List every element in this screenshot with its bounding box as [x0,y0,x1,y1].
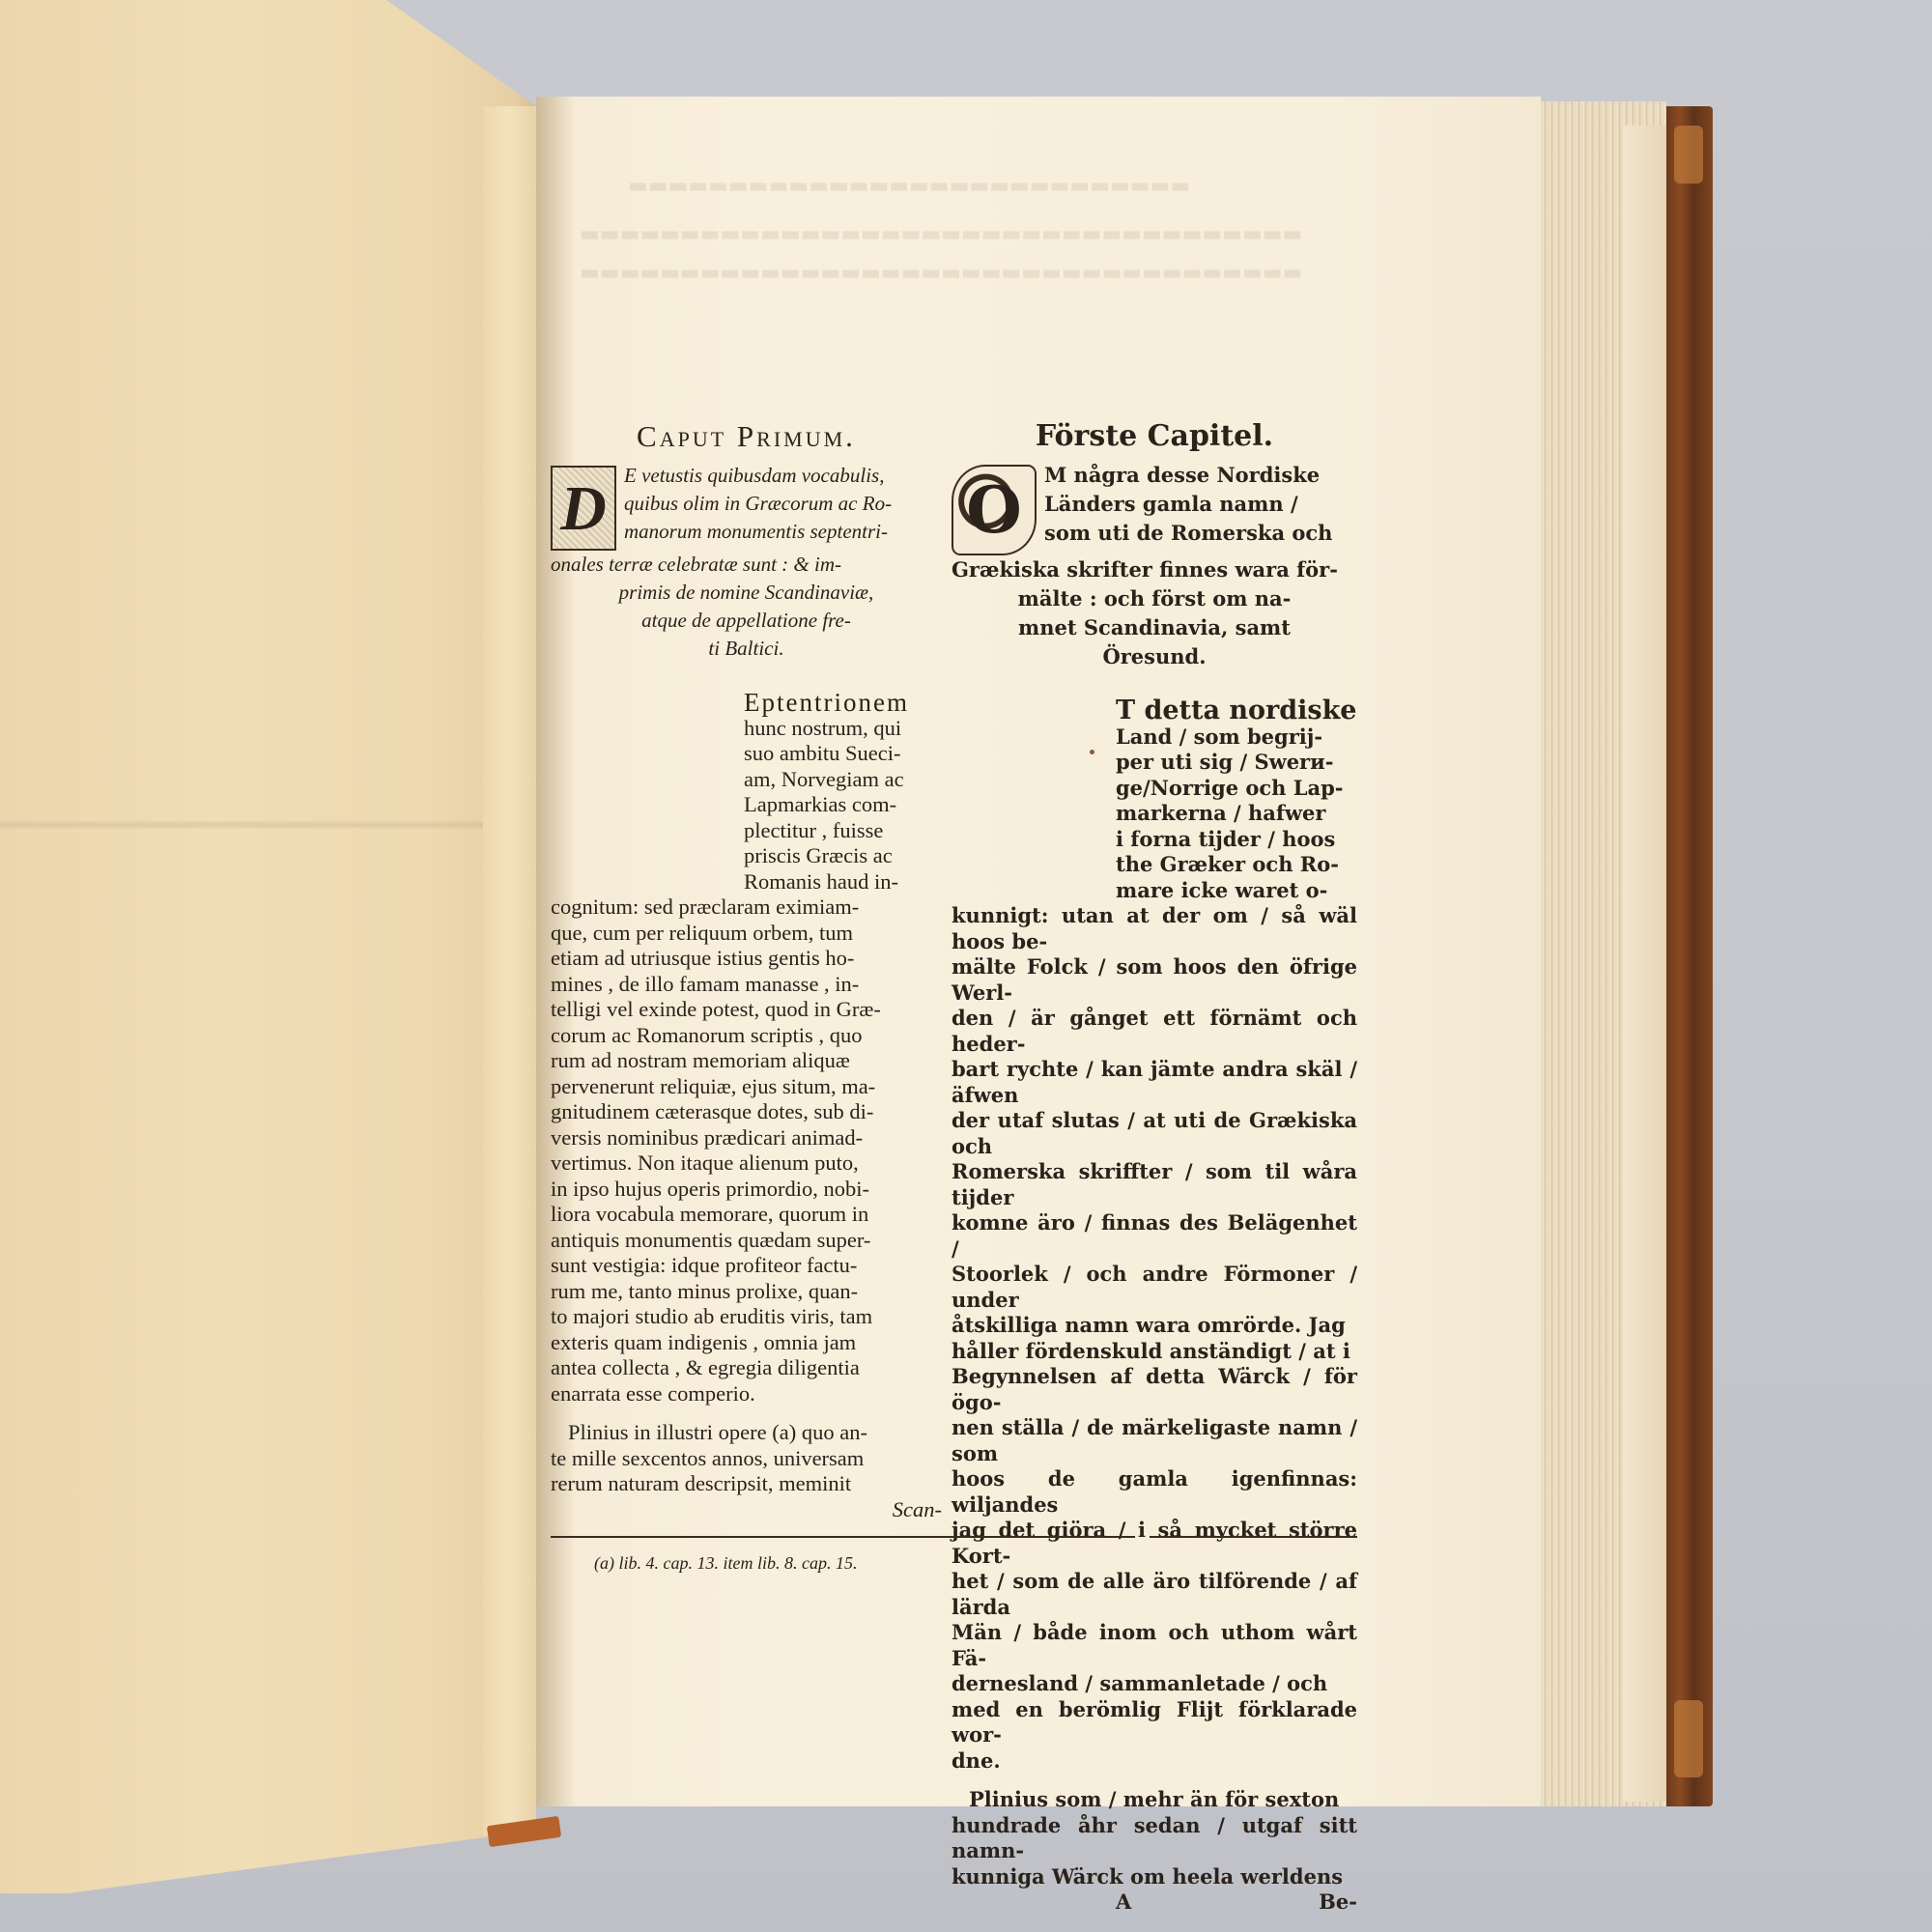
text-line: Begynnelsen af detta Wärck / för ögo- [952,1364,1357,1415]
text-line: antiquis monumentis quædam super- [551,1228,942,1254]
text-line: exteris quam indigenis , omnia jam [551,1330,942,1356]
latin-column: Caput Primum. D E vetustis quibusdam voc… [551,406,942,1522]
text-line: jag det giöra / i så mycket större Kort- [952,1518,1357,1569]
text-line: komne äro / finnas des Belägenhet / [952,1210,1357,1262]
text-line: hoos de gamla igenfinnas: wiljandes [952,1466,1357,1518]
latin-catchword: Scan- [551,1497,942,1523]
text-line: åtskilliga namn wara omrörde. Jag [952,1313,1357,1339]
leather-cover-edge [1666,106,1713,1806]
text-line: dne. [952,1748,1357,1775]
summary-line: Öresund. [952,642,1357,671]
text-line: der utaf slutas / at uti de Grækiska och [952,1108,1357,1159]
text-line: sunt vestigia: idque profiteor factu- [551,1253,942,1279]
swedish-catchword: Be- [1319,1889,1357,1916]
summary-line: Grækiska skrifter finnes wara för- [952,555,1357,584]
text-line: in ipso hujus operis primordio, nobi- [551,1177,942,1203]
text-line: Män / både inom och uthom wårt Fä- [952,1620,1357,1671]
text-line: Plinius in illustri opere (a) quo an- [551,1420,942,1446]
summary-line: primis de nomine Scandinaviæ, [551,579,942,607]
text-line: mälte Folck / som hoos den öfrige Werl- [952,954,1357,1006]
text-line: den / är gånget ett förnämt och heder- [952,1006,1357,1057]
show-through-text: ▬▬▬▬▬▬▬▬▬▬▬▬▬▬▬▬▬▬▬▬▬▬▬▬▬▬▬▬▬▬▬▬▬▬▬▬ [580,222,1302,246]
text-line: etiam ad utriusque istius gentis ho- [551,946,942,972]
footnote-rule-left [551,1536,1135,1538]
summary-line: onales terræ celebratæ sunt : & im- [551,551,942,579]
text-line: enarrata esse comperio. [551,1381,942,1407]
photo-scene: ▬▬▬▬▬▬▬▬▬▬▬▬▬▬▬▬▬▬▬▬▬▬▬▬▬▬▬▬ ▬▬▬▬▬▬▬▬▬▬▬… [0,0,1932,1932]
summary-line: ti Baltici. [551,635,942,663]
signature-mark: A [1116,1889,1131,1916]
latin-chapter-summary: D E vetustis quibusdam vocabulis, quibus… [551,462,942,663]
text-line: cognitum: sed præclaram eximiam- [551,895,942,921]
page-block-lip [1623,126,1666,1802]
latin-paragraph-2: Plinius in illustri opere (a) quo an- te… [551,1420,942,1522]
swedish-column: Förste Capitel. O M några desse Nordiske… [952,406,1357,1916]
page-crease [0,821,536,829]
show-through-text: ▬▬▬▬▬▬▬▬▬▬▬▬▬▬▬▬▬▬▬▬▬▬▬▬▬▬▬▬ [628,174,1190,198]
swedish-chapter-title: Förste Capitel. [952,419,1357,453]
latin-paragraph-1: Eptentrionem hunc nostrum, qui suo ambit… [551,690,942,1406]
text-line: bart rychte / kan jämte andra skäl / äfw… [952,1057,1357,1108]
text-line: liora vocabula memorare, quorum in [551,1202,942,1228]
text-line: vertimus. Non itaque alienum puto, [551,1151,942,1177]
summary-line: mnet Scandinavia, samt [952,613,1357,642]
text-line: mines , de illo famam manasse , in- [551,972,942,998]
text-line: te mille sexcentos annos, universam [551,1446,942,1472]
cover-wear [1674,126,1703,184]
latin-chapter-title: Caput Primum. [551,419,942,454]
blank-initial-space [551,690,744,893]
text-line: versis nominibus prædicari animad- [551,1125,942,1151]
summary-line: mälte : och först om na- [952,584,1357,613]
text-line: telligi vel exinde potest, quod in Græ- [551,997,942,1023]
text-line: nen ställa / de märkeligaste namn / som [952,1415,1357,1466]
swedish-paragraph-1: T detta nordiske Land / som begrij- per … [952,698,1357,1774]
text-line: Plinius som / mehr än för sexton [952,1787,1357,1813]
signature-row: A Be- [952,1889,1357,1916]
swedish-chapter-summary: O M några desse Nordiske Länders gamla n… [952,461,1357,671]
summary-line: atque de appellatione fre- [551,607,942,635]
text-line: hundrade åhr sedan / utgaf sitt namn- [952,1813,1357,1864]
text-line: med en berömlig Flijt förklarade wor- [952,1697,1357,1748]
footnote-rule-right [1150,1536,1357,1538]
left-page-edge [483,106,536,1835]
text-line: que, cum per reliquum orbem, tum [551,921,942,947]
text-line: antea collecta , & egregia diligentia [551,1355,942,1381]
ornamental-dropcap-o: O [952,465,1037,555]
text-line: kunnigt: utan at der om / så wäl hoos be… [952,903,1357,954]
left-page-folded [0,0,536,1893]
text-line: kunniga Wärck om heela werldens [952,1864,1357,1890]
text-line: rum me, tanto minus prolixe, quan- [551,1279,942,1305]
text-line: pervenerunt reliquiæ, ejus situm, ma- [551,1074,942,1100]
text-line: håller fördenskuld anständigt / at i [952,1339,1357,1365]
text-line: rum ad nostram memoriam aliquæ [551,1048,942,1074]
text-line: to majori studio ab eruditis viris, tam [551,1304,942,1330]
text-line: Stoorlek / och andre Förmoner / under [952,1262,1357,1313]
cover-wear [1674,1700,1703,1777]
swedish-paragraph-2: Plinius som / mehr än för sexton hundrad… [952,1787,1357,1916]
latin-footnote: (a) lib. 4. cap. 13. item lib. 8. cap. 1… [594,1553,857,1574]
text-line: corum ac Romanorum scriptis , quo [551,1023,942,1049]
text-line: gnitudinem cæterasque dotes, sub di- [551,1099,942,1125]
text-line: het / som de alle äro tilförende / af lä… [952,1569,1357,1620]
text-line: dernesland / sammanletade / och [952,1671,1357,1697]
blank-initial-space [952,698,1116,901]
text-line: rerum naturam descripsit, meminit [551,1471,942,1497]
ornamental-dropcap-d: D [551,466,616,551]
show-through-text: ▬▬▬▬▬▬▬▬▬▬▬▬▬▬▬▬▬▬▬▬▬▬▬▬▬▬▬▬▬▬▬▬▬▬▬▬ [580,261,1302,285]
text-line: Romerska skriffter / som til wåra tijder [952,1159,1357,1210]
